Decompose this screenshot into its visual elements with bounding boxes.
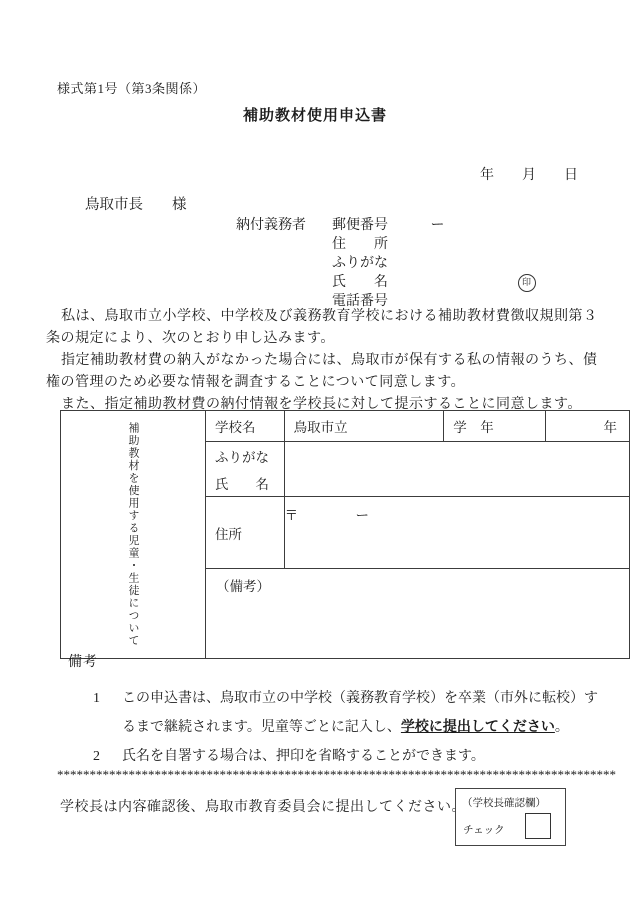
note-1-emphasis: 学校に提出してください <box>401 720 555 735</box>
address-label-cell: 住所 <box>206 497 285 569</box>
payer-fields: 郵便番号 ー 住 所 ふりがな 氏 名 印 電話番号 <box>332 216 536 311</box>
note-item-1: 1 この申込書は、鳥取市立の中学校（義務教育学校）を卒業（市外に転校）するまで継… <box>68 684 608 742</box>
principal-checkbox[interactable] <box>525 813 551 839</box>
payer-label: 納付義務者 <box>236 216 306 311</box>
notes-section: 備考 1 この申込書は、鳥取市立の中学校（義務教育学校）を卒業（市外に転校）する… <box>68 651 608 771</box>
student-name-label: 氏 名 <box>215 473 284 493</box>
postal-code-label: 郵便番号 <box>332 218 388 233</box>
form-number-label: 様式第1号（第3条関係） <box>57 78 206 97</box>
note-text: この申込書は、鳥取市立の中学校（義務教育学校）を卒業（市外に転校）するまで継続さ… <box>122 684 606 742</box>
footer-instruction: 学校長は内容確認後、鳥取市教育委員会に提出してください。 <box>60 796 466 816</box>
principal-confirm-box: （学校長確認欄） チェック <box>455 788 566 846</box>
payer-name-row[interactable]: 氏 名 印 <box>332 273 536 292</box>
notes-heading: 備考 <box>68 651 608 671</box>
furigana-name-label-cell: ふりがな 氏 名 <box>206 442 285 497</box>
student-info-table: 補助教材を使用する児童・生徒について 学校名 鳥取市立 学 年 年 ふりがな 氏… <box>60 410 630 659</box>
school-name-value-cell[interactable]: 鳥取市立 <box>284 411 444 442</box>
postal-mark-icon: 〒 <box>285 508 299 523</box>
check-label: チェック <box>463 822 505 837</box>
application-form-page: 様式第1号（第3条関係） 補助教材使用申込書 年 月 日 鳥取市長 様 納付義務… <box>0 0 630 903</box>
seal-icon: 印 <box>518 274 536 292</box>
note-1-text-after: 。 <box>555 720 569 735</box>
student-furigana-label: ふりがな <box>215 446 284 466</box>
payer-address-label: 住 所 <box>332 237 388 252</box>
page-title: 補助教材使用申込書 <box>0 104 630 125</box>
grade-value-cell[interactable]: 年 <box>546 411 630 442</box>
student-name-input-cell[interactable] <box>284 442 629 497</box>
body-paragraph-2: 指定補助教材費の納入がなかった場合には、鳥取市が保有する私の情報のうち、債権の管… <box>46 350 602 394</box>
payer-address-row[interactable]: 住 所 <box>332 235 536 254</box>
date-line: 年 月 日 <box>480 164 578 184</box>
remarks-cell[interactable]: （備考） <box>206 569 630 659</box>
table-side-header: 補助教材を使用する児童・生徒について <box>61 411 206 659</box>
postal-code-dash: ー <box>431 216 445 235</box>
address-input-cell[interactable]: 〒 ー <box>284 497 629 569</box>
grade-label-cell: 学 年 <box>444 411 546 442</box>
divider-asterisks: ****************************************… <box>57 767 616 783</box>
payer-section: 納付義務者 郵便番号 ー 住 所 ふりがな 氏 名 印 電話番号 <box>236 216 536 311</box>
body-text: 私は、鳥取市立小学校、中学校及び義務教育学校における補助教材費徴収規則第３条の規… <box>46 306 602 416</box>
payer-furigana-row[interactable]: ふりがな <box>332 254 536 273</box>
postal-code-row[interactable]: 郵便番号 ー <box>332 216 536 235</box>
school-name-label-cell: 学校名 <box>206 411 285 442</box>
addressee-line: 鳥取市長 様 <box>85 193 187 214</box>
payer-furigana-label: ふりがな <box>332 256 388 271</box>
payer-name-label: 氏 名 <box>332 275 388 290</box>
body-paragraph-1: 私は、鳥取市立小学校、中学校及び義務教育学校における補助教材費徴収規則第３条の規… <box>46 306 602 350</box>
note-number: 1 <box>68 684 122 742</box>
address-postal-dash: ー <box>356 504 370 524</box>
confirm-box-title: （学校長確認欄） <box>462 795 546 810</box>
